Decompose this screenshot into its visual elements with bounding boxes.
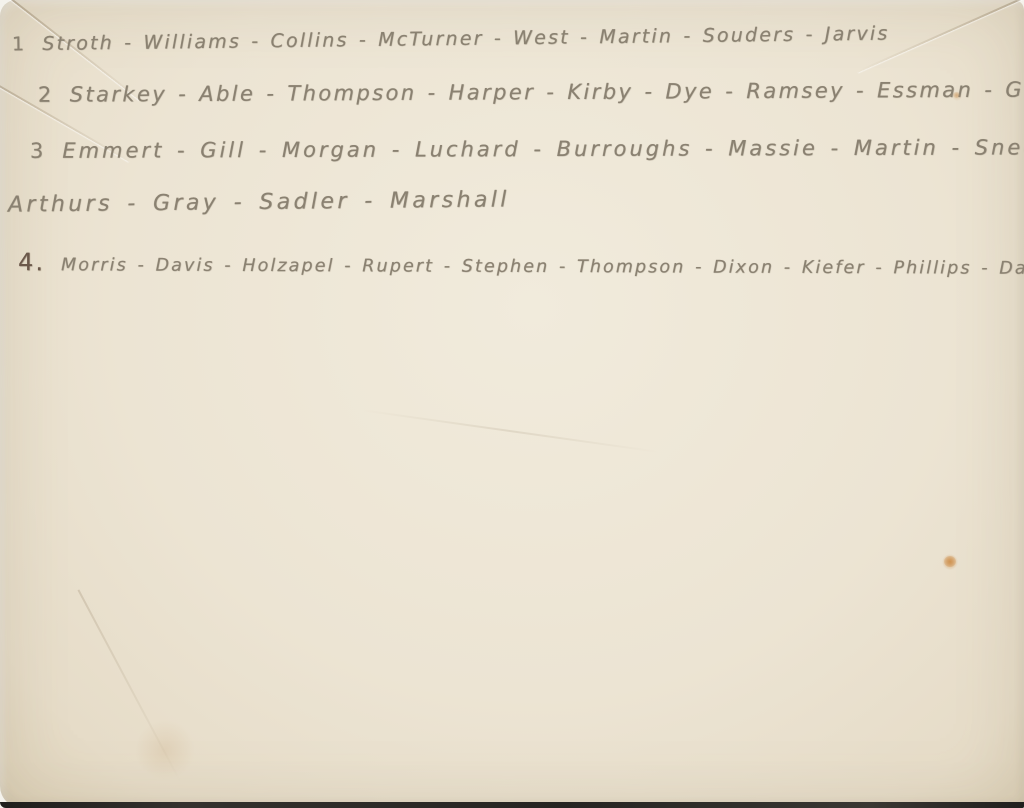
photo-paper: 1 Stroth - Williams - Collins - McTurner… (0, 0, 1024, 808)
handwritten-line-3: 3 Emmert - Gill - Morgan - Luchard - Bur… (30, 135, 1024, 163)
line-names: Morris - Davis - Holzapel - Rupert - Ste… (61, 255, 1024, 279)
line-names: Arthurs - Gray - Sadler - Marshall (8, 187, 510, 217)
crease-bottom-left (77, 589, 182, 784)
line-names: Emmert - Gill - Morgan - Luchard - Burro… (62, 135, 1024, 163)
handwritten-line-3-continued: Arthurs - Gray - Sadler - Marshall (8, 187, 510, 217)
scanned-photo-back: 1 Stroth - Williams - Collins - McTurner… (0, 0, 1024, 808)
handwritten-line-1: 1 Stroth - Williams - Collins - McTurner… (12, 23, 890, 56)
stain-spot-large (944, 556, 956, 567)
line-names: Starkey - Able - Thompson - Harper - Kir… (70, 77, 1024, 106)
scan-edge-shadow (0, 802, 1024, 808)
line-number: 3 (30, 139, 46, 163)
line-number: 2 (38, 83, 54, 107)
crease-middle (361, 409, 658, 453)
line-names: Stroth - Williams - Collins - McTurner -… (42, 23, 889, 55)
line-number: 4. (18, 248, 45, 276)
handwritten-line-2: 2 Starkey - Able - Thompson - Harper - K… (38, 77, 1024, 107)
line-number: 1 (12, 33, 27, 55)
handwritten-line-4: 4. Morris - Davis - Holzapel - Rupert - … (18, 248, 1024, 280)
